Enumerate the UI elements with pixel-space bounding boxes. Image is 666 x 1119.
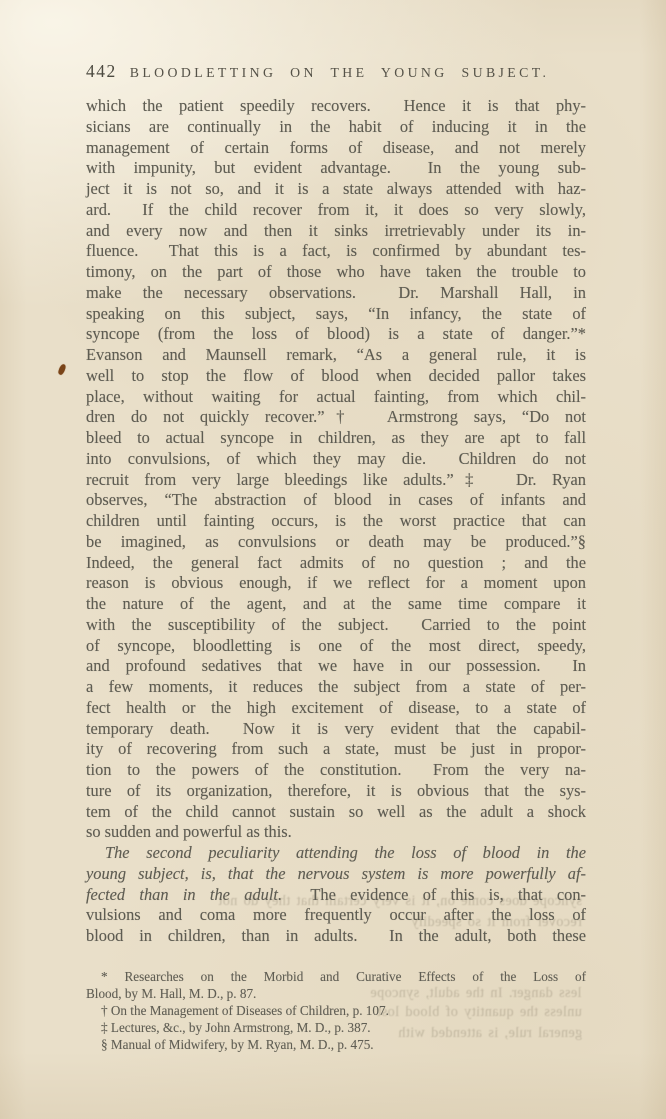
roman-text: which the patient speedily recovers. Hen… <box>86 96 586 115</box>
roman-text: recruit from very large bleedings like a… <box>86 470 586 489</box>
text-line: management of certain forms of disease, … <box>86 138 586 159</box>
roman-text: with the susceptibility of the subject. … <box>86 615 586 634</box>
footnotes: * Researches on the Morbid and Curative … <box>86 968 586 1053</box>
roman-text: management of certain forms of disease, … <box>86 138 586 157</box>
roman-text: bleed to actual syncope in children, as … <box>86 428 586 447</box>
body-text: which the patient speedily recovers. Hen… <box>86 96 586 947</box>
text-line: recruit from very large bleedings like a… <box>86 470 586 491</box>
text-line: the nature of the agent, and at the same… <box>86 594 586 615</box>
roman-text: tion to the powers of the constitution. … <box>86 760 586 779</box>
text-line: Blood, by M. Hall, M. D., p. 87. <box>86 985 586 1002</box>
text-line: make the necessary observations. Dr. Mar… <box>86 283 586 304</box>
text-line: be imagined, as convulsions or death may… <box>86 532 586 553</box>
text-line: ture of its organization, therefore, it … <box>86 781 586 802</box>
text-line: blood in children, than in adults. In th… <box>86 926 586 947</box>
text-line: timony, on the part of those who have ta… <box>86 262 586 283</box>
book-page: 442 BLOODLETTING ON THE YOUNG SUBJECT. s… <box>0 0 666 1119</box>
text-line: with impunity, but evident advantage. In… <box>86 158 586 179</box>
text-line: children until fainting occurs, is the w… <box>86 511 586 532</box>
roman-text: of syncope, bloodletting is one of the m… <box>86 636 586 655</box>
text-line: fect health or the high excitement of di… <box>86 698 586 719</box>
italic-text: The second peculiarity attending the los… <box>105 843 586 862</box>
text-line: reason is obvious enough, if we reflect … <box>86 573 586 594</box>
text-line: into convulsions, of which they may die.… <box>86 449 586 470</box>
text-line: dren do not quickly recover.”† Armstrong… <box>86 407 586 428</box>
text-line: so sudden and powerful as this. <box>86 822 586 843</box>
text-line: fected than in the adult. The evidence o… <box>86 885 586 906</box>
text-line: ard. If the child recover from it, it do… <box>86 200 586 221</box>
roman-text: The evidence of this is, that con- <box>282 885 586 904</box>
text-line: sicians are continually in the habit of … <box>86 117 586 138</box>
roman-text: so sudden and powerful as this. <box>86 822 292 841</box>
roman-text: with impunity, but evident advantage. In… <box>86 158 586 177</box>
roman-text: vulsions and coma more frequently occur … <box>86 905 586 924</box>
text-line: with the susceptibility of the subject. … <box>86 615 586 636</box>
roman-text: ject it is not so, and it is a state alw… <box>86 179 586 198</box>
roman-text: * Researches on the Morbid and Curative … <box>101 969 586 984</box>
text-line: place, without waiting for actual fainti… <box>86 387 586 408</box>
roman-text: observes, “The abstraction of blood in c… <box>86 490 586 509</box>
page-header: 442 BLOODLETTING ON THE YOUNG SUBJECT. <box>86 61 586 82</box>
text-line: fluence. That this is a fact, is confirm… <box>86 241 586 262</box>
text-line: of syncope, bloodletting is one of the m… <box>86 636 586 657</box>
text-line: tem of the child cannot sustain so well … <box>86 802 586 823</box>
text-line: a few moments, it reduces the subject fr… <box>86 677 586 698</box>
roman-text: reason is obvious enough, if we reflect … <box>86 573 586 592</box>
text-line: and profound sedatives that we have in o… <box>86 656 586 677</box>
italic-text: fected than in the adult. <box>86 885 282 904</box>
paragraph: which the patient speedily recovers. Hen… <box>86 96 586 843</box>
ink-mark <box>58 363 66 375</box>
roman-text: speaking on this subject, says, “In infa… <box>86 304 586 323</box>
roman-text: make the necessary observations. Dr. Mar… <box>86 283 586 302</box>
roman-text: Blood, by M. Hall, M. D., p. 87. <box>86 986 256 1001</box>
roman-text: children until fainting occurs, is the w… <box>86 511 586 530</box>
text-line: syncope (from the loss of blood) is a st… <box>86 324 586 345</box>
text-line: ‡ Lectures, &c., by John Armstrong, M. D… <box>86 1019 586 1036</box>
roman-text: place, without waiting for actual fainti… <box>86 387 586 406</box>
text-line: The second peculiarity attending the los… <box>86 843 586 864</box>
roman-text: sicians are continually in the habit of … <box>86 117 586 136</box>
roman-text: be imagined, as convulsions or death may… <box>86 532 586 551</box>
roman-text: † On the Management of Diseases of Child… <box>101 1003 389 1018</box>
roman-text: ‡ Lectures, &c., by John Armstrong, M. D… <box>101 1020 371 1035</box>
text-line: ity of recovering from such a state, mus… <box>86 739 586 760</box>
text-line: speaking on this subject, says, “In infa… <box>86 304 586 325</box>
roman-text: dren do not quickly recover.”† Armstrong… <box>86 407 586 426</box>
roman-text: into convulsions, of which they may die.… <box>86 449 586 468</box>
text-line: § Manual of Midwifery, by M. Ryan, M. D.… <box>86 1036 586 1053</box>
text-line: Evanson and Maunsell remark, “As a gener… <box>86 345 586 366</box>
text-line: Indeed, the general fact admits of no qu… <box>86 553 586 574</box>
text-line: young subject, is, that the nervous syst… <box>86 864 586 885</box>
text-line: and every now and then it sinks irretrie… <box>86 221 586 242</box>
roman-text: syncope (from the loss of blood) is a st… <box>86 324 586 343</box>
text-line: well to stop the flow of blood when deci… <box>86 366 586 387</box>
text-line: * Researches on the Morbid and Curative … <box>86 968 586 985</box>
text-line: ject it is not so, and it is a state alw… <box>86 179 586 200</box>
roman-text: timony, on the part of those who have ta… <box>86 262 586 281</box>
roman-text: ture of its organization, therefore, it … <box>86 781 586 800</box>
text-line: † On the Management of Diseases of Child… <box>86 1002 586 1019</box>
roman-text: fluence. That this is a fact, is confirm… <box>86 241 586 260</box>
roman-text: blood in children, than in adults. In th… <box>86 926 586 945</box>
text-line: bleed to actual syncope in children, as … <box>86 428 586 449</box>
roman-text: the nature of the agent, and at the same… <box>86 594 586 613</box>
roman-text: ard. If the child recover from it, it do… <box>86 200 586 219</box>
text-line: temporary death. Now it is very evident … <box>86 719 586 740</box>
roman-text: well to stop the flow of blood when deci… <box>86 366 586 385</box>
roman-text: ity of recovering from such a state, mus… <box>86 739 586 758</box>
roman-text: Indeed, the general fact admits of no qu… <box>86 553 586 572</box>
roman-text: tem of the child cannot sustain so well … <box>86 802 586 821</box>
page-number: 442 <box>86 61 117 82</box>
text-line: tion to the powers of the constitution. … <box>86 760 586 781</box>
paragraph: The second peculiarity attending the los… <box>86 843 586 947</box>
roman-text: fect health or the high excitement of di… <box>86 698 586 717</box>
roman-text: § Manual of Midwifery, by M. Ryan, M. D.… <box>101 1037 374 1052</box>
roman-text: and profound sedatives that we have in o… <box>86 656 586 675</box>
roman-text: and every now and then it sinks irretrie… <box>86 221 586 240</box>
italic-text: young subject, is, that the nervous syst… <box>86 864 586 883</box>
roman-text: a few moments, it reduces the subject fr… <box>86 677 586 696</box>
text-line: observes, “The abstraction of blood in c… <box>86 490 586 511</box>
text-line: vulsions and coma more frequently occur … <box>86 905 586 926</box>
running-title: BLOODLETTING ON THE YOUNG SUBJECT. <box>130 65 550 81</box>
roman-text: temporary death. Now it is very evident … <box>86 719 586 738</box>
roman-text: Evanson and Maunsell remark, “As a gener… <box>86 345 586 364</box>
text-line: which the patient speedily recovers. Hen… <box>86 96 586 117</box>
